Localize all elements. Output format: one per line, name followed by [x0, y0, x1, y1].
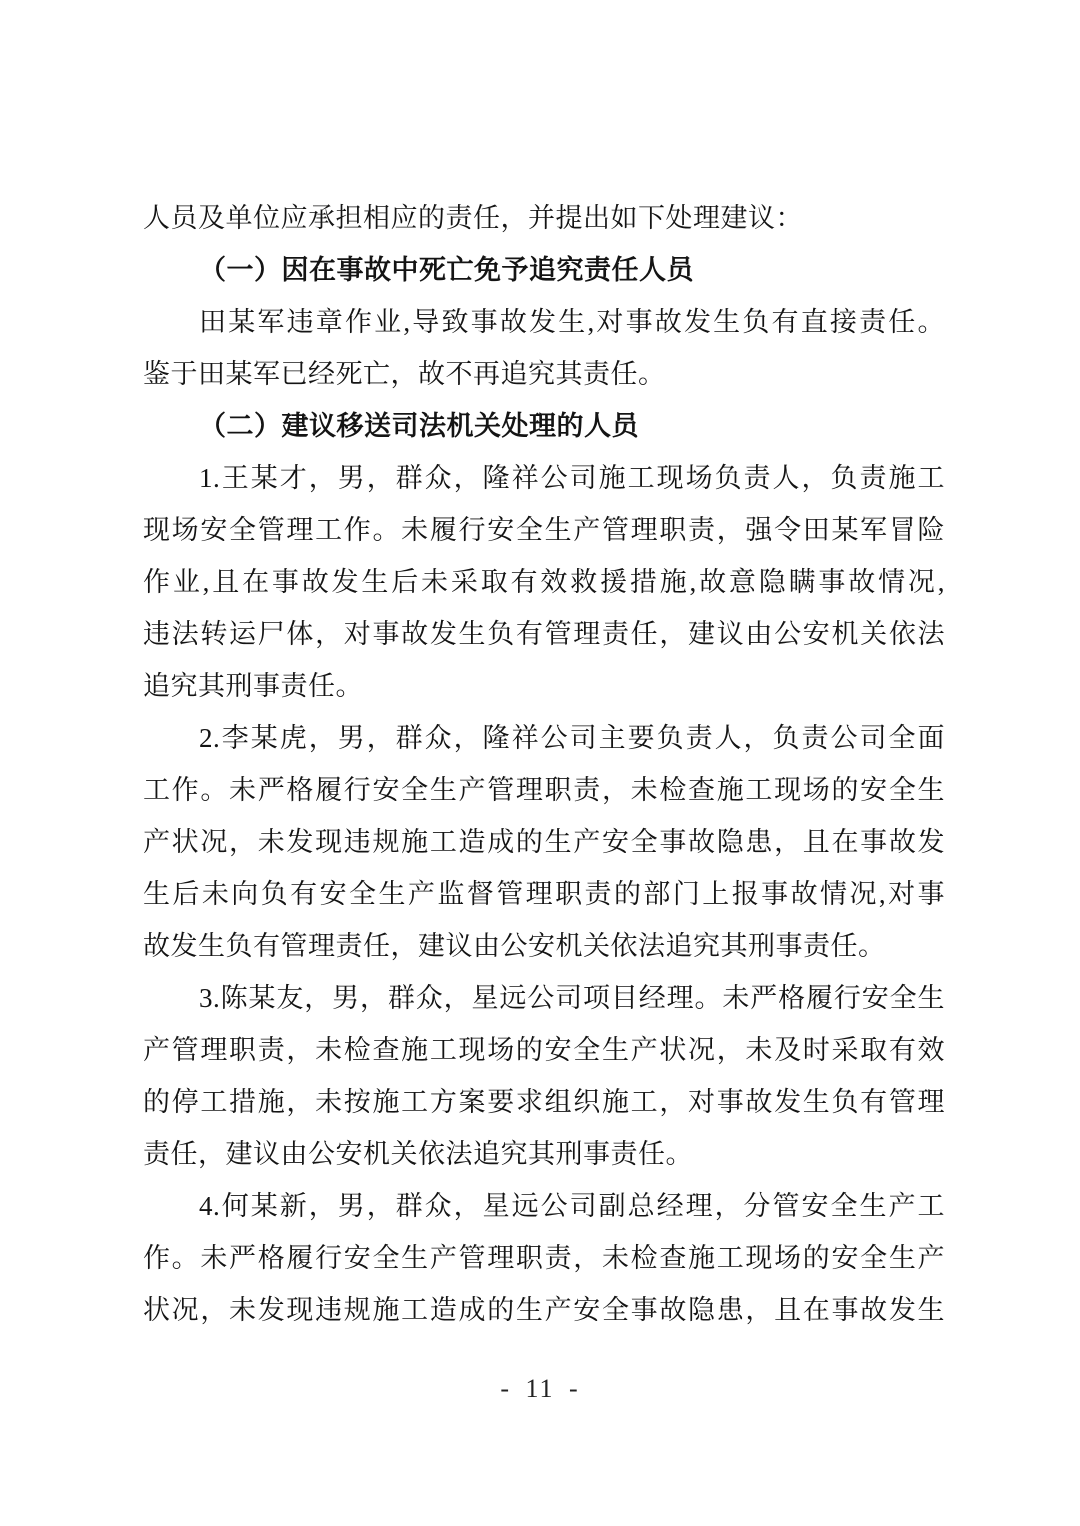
- paragraph-line: 的停工措施，未按施工方案要求组织施工，对事故发生负有管理: [143, 1076, 945, 1128]
- paragraph-line: 3.陈某友，男，群众，星远公司项目经理。未严格履行安全生: [143, 972, 945, 1024]
- paragraph-line: 人员及单位应承担相应的责任，并提出如下处理建议：: [143, 192, 945, 244]
- paragraph-line: 鉴于田某军已经死亡，故不再追究其责任。: [143, 348, 945, 400]
- paragraph-line: 产状况，未发现违规施工造成的生产安全事故隐患，且在事故发: [143, 816, 945, 868]
- paragraph-line: 工作。未严格履行安全生产管理职责，未检查施工现场的安全生: [143, 764, 945, 816]
- section-heading: （二）建议移送司法机关处理的人员: [143, 400, 945, 452]
- section-heading: （一）因在事故中死亡免予追究责任人员: [143, 244, 945, 296]
- paragraph-line: 4.何某新，男，群众，星远公司副总经理，分管安全生产工: [143, 1180, 945, 1232]
- paragraph-line: 生后未向负有安全生产监督管理职责的部门上报事故情况,对事: [143, 868, 945, 920]
- paragraph-line: 1.王某才，男，群众，隆祥公司施工现场负责人，负责施工: [143, 452, 945, 504]
- paragraph-line: 追究其刑事责任。: [143, 660, 945, 712]
- paragraph-line: 田某军违章作业,导致事故发生,对事故发生负有直接责任。: [143, 296, 945, 348]
- paragraph-line: 状况，未发现违规施工造成的生产安全事故隐患，且在事故发生: [143, 1284, 945, 1336]
- page-number: - 11 -: [0, 1374, 1080, 1404]
- paragraph-line: 作业,且在事故发生后未采取有效救援措施,故意隐瞒事故情况,: [143, 556, 945, 608]
- paragraph-line: 2.李某虎，男，群众，隆祥公司主要负责人，负责公司全面: [143, 712, 945, 764]
- paragraph-line: 作。未严格履行安全生产管理职责，未检查施工现场的安全生产: [143, 1232, 945, 1284]
- paragraph-line: 责任，建议由公安机关依法追究其刑事责任。: [143, 1128, 945, 1180]
- paragraph-line: 故发生负有管理责任，建议由公安机关依法追究其刑事责任。: [143, 920, 945, 972]
- document-body: 人员及单位应承担相应的责任，并提出如下处理建议：（一）因在事故中死亡免予追究责任…: [143, 192, 945, 1336]
- paragraph-line: 产管理职责，未检查施工现场的安全生产状况，未及时采取有效: [143, 1024, 945, 1076]
- paragraph-line: 现场安全管理工作。未履行安全生产管理职责，强令田某军冒险: [143, 504, 945, 556]
- document-page: 人员及单位应承担相应的责任，并提出如下处理建议：（一）因在事故中死亡免予追究责任…: [0, 0, 1080, 1526]
- paragraph-line: 违法转运尸体，对事故发生负有管理责任，建议由公安机关依法: [143, 608, 945, 660]
